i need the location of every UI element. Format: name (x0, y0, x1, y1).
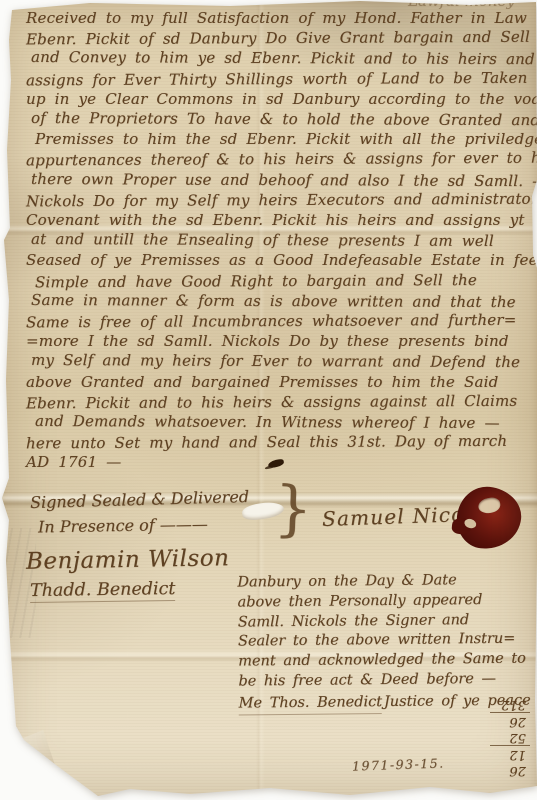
deed-line: Seased of ye Premisses as a Good Indefea… (26, 250, 531, 270)
deed-line: my Self and my heirs for Ever to warrant… (26, 350, 531, 372)
witness-signature-2: Thadd. Benedict (30, 579, 176, 603)
witness-signature-1: Benjamin Wilson (26, 545, 230, 575)
deed-line: at and untill the Ensealing of these pre… (26, 229, 531, 251)
deed-line: appurtenances thereof & to his heirs & a… (26, 148, 531, 171)
arithmetic-figure: 12 (490, 746, 530, 762)
arithmetic-figure: 26 (490, 762, 530, 778)
arithmetic-figure: 52 (490, 729, 530, 746)
deed-line: Same in manner & form as is above writte… (26, 290, 531, 312)
deed-line: Received to my full Satisfaction of my H… (26, 8, 531, 28)
wax-seal (454, 484, 524, 552)
curly-brace: } (273, 473, 314, 544)
deed-line: Same is free of all Incumbrances whatsoe… (26, 310, 531, 333)
deed-line: here unto Set my hand and Seal this 31st… (26, 431, 531, 454)
accession-number: 1971-93-15. (352, 755, 445, 773)
deed-line: Ebenr. Pickit and to his heirs & assigns… (26, 391, 531, 414)
justice-signature: Me Thos. Benedict (239, 693, 383, 715)
deed-line: Premisses to him the sd Ebenr. Pickit wi… (26, 129, 531, 149)
acknowledgment-block: Danbury on the Day & Date above then Per… (237, 570, 534, 715)
deed-line: =more I the sd Samll. Nickols Do by thes… (26, 331, 531, 351)
deed-line: Covenant with the sd Ebenr. Pickit his h… (26, 210, 531, 230)
acknowledgment-line: be his free act & Deed before — (238, 669, 534, 692)
arithmetic-figure: 26 (490, 713, 530, 729)
document-photo: Lawful money Received to my full Satisfa… (0, 0, 537, 800)
arithmetic-figure: 312 (490, 696, 530, 713)
deed-line: of the Proprietors To have & to hold the… (26, 108, 531, 130)
deed-body-text: Received to my full Satisfaction of my H… (26, 8, 531, 473)
deed-line: assigns for Ever Thirty Shillings worth … (26, 67, 531, 90)
signed-sealed-line: Signed Sealed & Delivered (30, 487, 249, 512)
deed-line: above Granted and bargained Premisses to… (26, 372, 531, 392)
deed-line: and Demands whatsoever. In Witness where… (26, 411, 531, 433)
paper-shadow: Lawful money Received to my full Satisfa… (0, 0, 537, 800)
torn-corner-flap (12, 730, 64, 792)
deed-line: up in ye Clear Commons in sd Danbury acc… (26, 89, 531, 109)
presence-line: In Presence of ——— (38, 515, 208, 537)
deed-line: Nickols Do for my Self my heirs Executor… (26, 189, 531, 212)
deed-line: Simple and have Good Right to bargain an… (26, 269, 531, 292)
upside-down-arithmetic: 26 12 52 26 312 (490, 696, 530, 778)
deed-line: there own Proper use and behoof and also… (26, 169, 531, 191)
deed-line: and Convey to him ye sd Ebenr. Pickit an… (26, 47, 531, 69)
deed-paper: Lawful money Received to my full Satisfa… (0, 0, 537, 800)
